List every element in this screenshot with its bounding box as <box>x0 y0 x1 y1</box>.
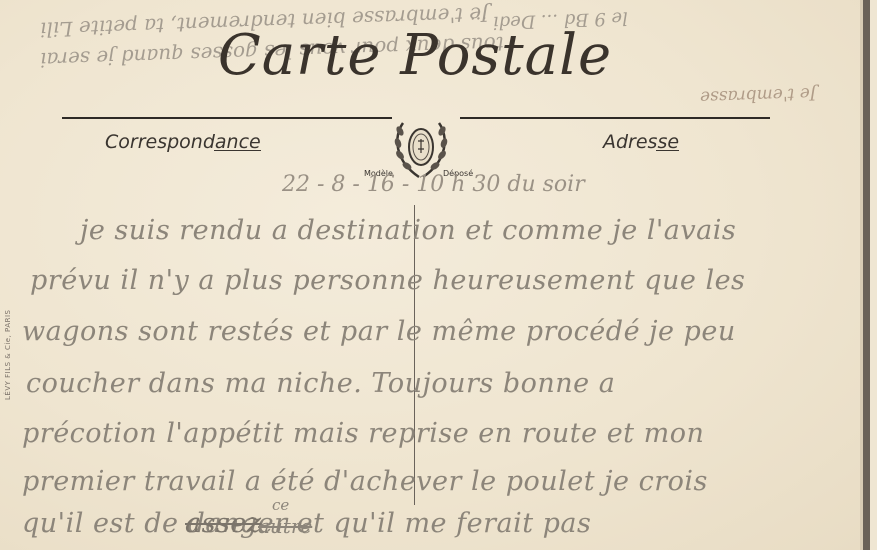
message-line-6: premier travail a été d'achever le poule… <box>22 466 708 497</box>
margin-note: Je t'embrasse <box>700 83 817 107</box>
correspondence-label: Correspondance <box>105 131 261 151</box>
insertion-word: ce <box>272 496 289 514</box>
postcard-title: Carte Postale <box>205 28 625 84</box>
message-line-5: précotion l'appétit mais reprise en rout… <box>22 418 704 449</box>
message-line-4: coucher dans ma niche. Toujours bonne a <box>26 368 615 399</box>
message-line-1: je suis rendu a destination et comme je … <box>80 215 736 246</box>
header-rule-right <box>460 117 770 119</box>
date-line: 22 - 8 - 16 - 10 h 30 du soir <box>282 172 585 197</box>
address-label: Adresse <box>603 131 679 151</box>
header-rule-left <box>62 117 392 119</box>
message-line-3: wagons sont restés et par le même procéd… <box>22 316 736 347</box>
printer-imprint: LÉVY FILS & Cie, PARIS <box>4 310 12 400</box>
card-edge <box>863 0 870 550</box>
center-divider <box>414 205 415 505</box>
struck-word-1: assez <box>185 508 262 539</box>
postcard-back: Je t'embrasse bien tendrement, ta petite… <box>0 0 870 550</box>
struck-word-2: autre <box>258 514 312 538</box>
message-line-2: prévu il n'y a plus personne heureusemen… <box>30 265 745 296</box>
